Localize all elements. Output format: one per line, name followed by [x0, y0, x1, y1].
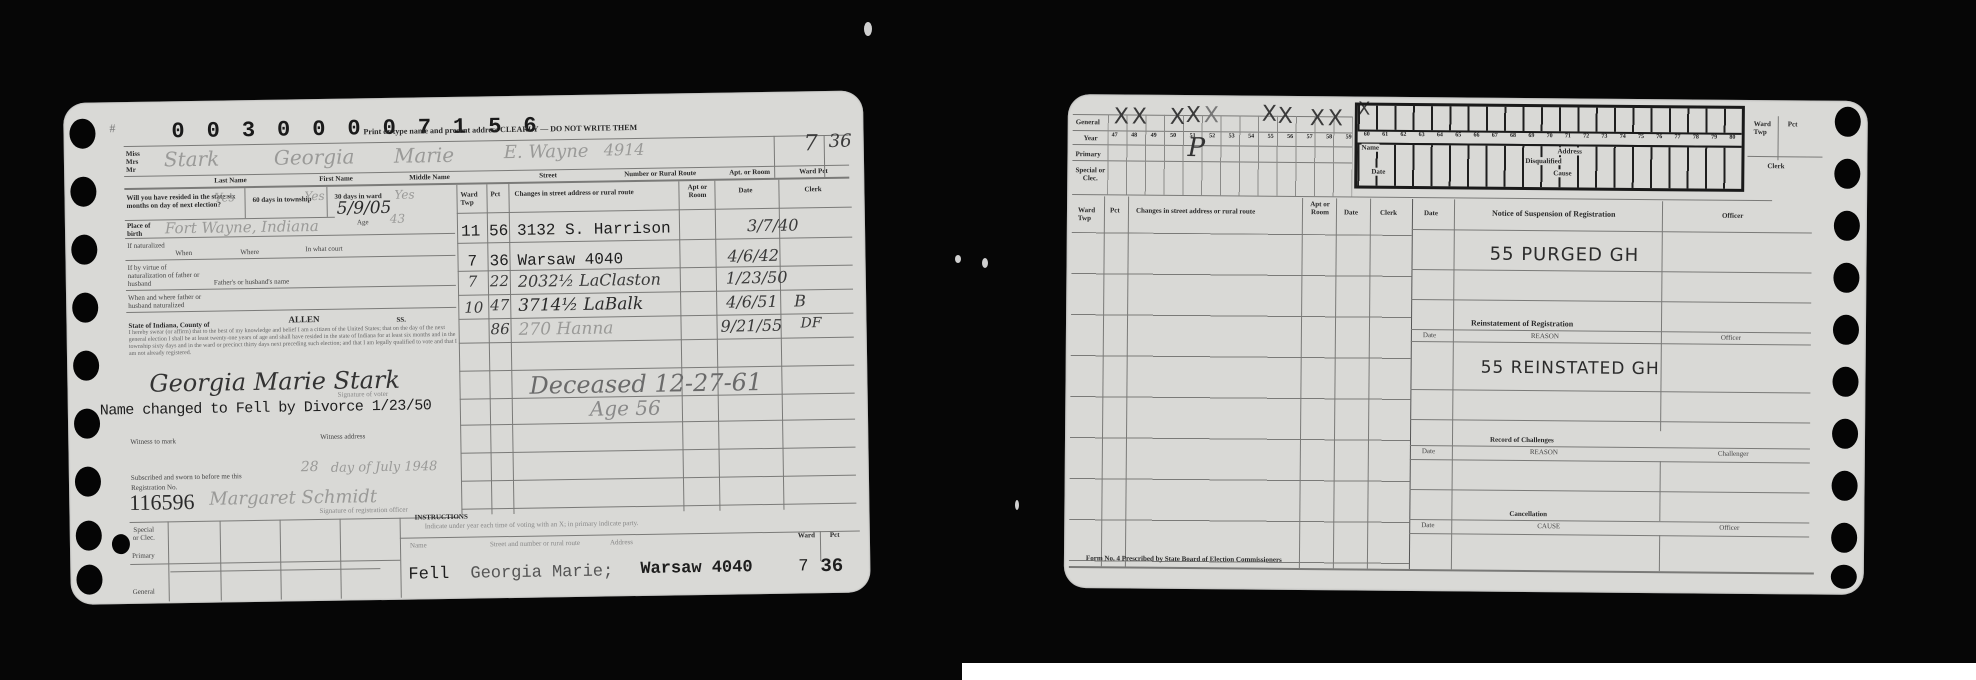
- form-footer: Form No. 4 Prescribed by State Board of …: [1086, 554, 1282, 564]
- oath-ss: SS.: [396, 316, 406, 324]
- primary-label: Primary: [132, 552, 155, 560]
- grid-pct-label: Pct: [1788, 120, 1798, 128]
- row-label-year: Year: [1084, 134, 1098, 142]
- punch-hole: [75, 466, 101, 496]
- year-cell: 64: [1437, 132, 1443, 143]
- row1-pct: 56: [489, 222, 508, 240]
- row3-address: 2032½ LaClaston: [518, 270, 661, 291]
- last-name-label: Last Name: [214, 176, 247, 185]
- punch-hole: [1833, 263, 1859, 293]
- bottom-address: Warsaw 4040: [640, 558, 753, 579]
- apt-label: Apt. or Room: [729, 168, 770, 177]
- bottom-last-name: Fell: [408, 565, 449, 585]
- punch-hole: [72, 292, 98, 322]
- rule: [1409, 519, 1809, 523]
- rule: [461, 447, 856, 454]
- back-table-rows: [1069, 232, 1412, 565]
- suspension-col-date: Date: [1424, 209, 1438, 217]
- cancellation-col-officer: Officer: [1719, 524, 1739, 532]
- punch-hole-small: [112, 534, 130, 554]
- general-label: General: [133, 588, 155, 596]
- title-mrs: Mrs: [126, 158, 139, 166]
- year-cell: 61: [1382, 132, 1388, 143]
- township-answer: Yes: [304, 189, 324, 203]
- scan-artifact: [955, 255, 961, 263]
- year-cell: 79: [1711, 135, 1717, 146]
- ward-value: 7: [804, 131, 818, 156]
- back-address-changes-table: Ward Twp Pct Changes in street address o…: [1069, 196, 1822, 583]
- corner-mark: #: [109, 124, 115, 132]
- vote-mark-x: X: [1328, 106, 1343, 131]
- year-cell: 75: [1638, 134, 1644, 145]
- year-cell: 80: [1729, 135, 1735, 146]
- back-col-apt: Apt or Room: [1306, 200, 1334, 216]
- rule: [1411, 341, 1811, 345]
- rule: [457, 207, 852, 214]
- year-cell: 77: [1674, 134, 1680, 145]
- row5-pct: 86: [490, 320, 509, 338]
- subscribed-label: Subscribed and sworn to before me this: [131, 472, 242, 482]
- year-cell: 70: [1547, 133, 1553, 144]
- year-cell: 66: [1473, 133, 1479, 144]
- street-label: Street: [539, 171, 557, 179]
- row2-pct: 36: [489, 252, 508, 270]
- cancellation-title: Cancellation: [1509, 510, 1547, 518]
- middle-name-label: Middle Name: [409, 173, 450, 182]
- title-miss: Miss: [126, 150, 140, 158]
- instr-col-address: Address: [610, 538, 633, 546]
- vote-mark-x: X: [1170, 105, 1185, 130]
- vote-mark-x: X: [1132, 105, 1147, 130]
- row3-ward: 7: [468, 273, 478, 291]
- year-cell: 65: [1455, 132, 1461, 143]
- punch-hole: [70, 176, 96, 206]
- reinstatement-col-reason: REASON: [1531, 332, 1559, 340]
- challenges-title: Record of Challenges: [1490, 436, 1554, 445]
- row2-date: 4/6/42: [727, 246, 779, 266]
- rule: [1069, 566, 1814, 575]
- row4-address: 3714½ LaBalk: [518, 294, 643, 316]
- col-clerk: Clerk: [804, 185, 821, 193]
- number-label: Number or Rural Route: [624, 169, 696, 178]
- rule: [1410, 445, 1810, 449]
- row1-address: 3132 S. Harrison: [517, 219, 671, 239]
- punch-hole: [1834, 159, 1860, 189]
- bottom-ward: 7: [798, 557, 809, 576]
- row4-date: 4/6/51: [726, 292, 778, 312]
- suspension-col-officer: Officer: [1722, 212, 1743, 220]
- vote-mark-x: X: [1262, 102, 1277, 127]
- row2-address: Warsaw 4040: [517, 250, 623, 270]
- grid-name-label: Name: [1362, 144, 1380, 152]
- rule: [1411, 269, 1811, 273]
- middle-name-value: Marie: [394, 143, 455, 168]
- row-label-special: Special or Clec.: [1075, 166, 1105, 182]
- naturalized-where: Where: [240, 248, 259, 256]
- street-value: E. Wayne: [504, 141, 589, 163]
- pct-value: 36: [829, 131, 852, 152]
- rule: [130, 560, 400, 565]
- birth-date: 5/9/05: [337, 198, 392, 219]
- punch-hole: [1833, 315, 1859, 345]
- bottom-pct: 36: [820, 555, 843, 577]
- rule: [220, 521, 222, 601]
- first-name-value: Georgia: [274, 144, 355, 169]
- year-cell: 76: [1656, 134, 1662, 145]
- rule: [1410, 459, 1810, 463]
- punch-hole: [1831, 471, 1857, 501]
- row1-date: 3/7/40: [747, 215, 799, 235]
- instr-col-name: Name: [410, 541, 427, 549]
- rule: [244, 188, 245, 218]
- instr-col-ward: Ward: [798, 531, 815, 539]
- punch-hole: [73, 350, 99, 380]
- rule: [1410, 489, 1810, 493]
- year-cell: 60: [1364, 132, 1370, 143]
- special-label: Special or Clec.: [132, 526, 156, 542]
- father-name-label: Father's or husband's name: [214, 277, 290, 286]
- challenges-col-challenger: Challenger: [1718, 450, 1749, 458]
- rule: [1412, 229, 1812, 233]
- col-ward-twp: Ward Twp: [460, 190, 484, 206]
- rule: [824, 135, 826, 177]
- row5-date: 9/21/55: [720, 316, 782, 336]
- number-value: 4914: [604, 140, 645, 160]
- year-cell: 68: [1510, 133, 1516, 144]
- serial-digit: 0: [206, 119, 220, 144]
- subscribed-month-year: day of July 1948: [331, 459, 438, 476]
- oath-county: ALLEN: [288, 315, 319, 323]
- back-col-pct: Pct: [1110, 206, 1120, 214]
- registration-number: 116596: [129, 489, 195, 516]
- registrar-label: Signature of registration officer: [319, 506, 407, 515]
- bottom-first-middle: Georgia Marie;: [470, 562, 613, 583]
- reinstatement-col-date: Date: [1423, 331, 1436, 339]
- rule: [1411, 299, 1811, 303]
- punch-hole: [69, 118, 95, 148]
- punch-hole: [76, 520, 102, 550]
- rule: [1411, 329, 1811, 333]
- year-cell: 63: [1419, 132, 1425, 143]
- state-residence-answer: Yes: [214, 190, 234, 204]
- cancellation-col-date: Date: [1421, 521, 1434, 529]
- registration-card-front: # 0 0 3 0 0 0 0 7 1 5 6 Print or type na…: [63, 90, 871, 605]
- serial-digit: 0: [347, 116, 361, 141]
- punch-hole: [74, 408, 100, 438]
- age-value: 43: [390, 212, 405, 226]
- year-cell: 62: [1400, 132, 1406, 143]
- row-label-general: General: [1076, 118, 1100, 126]
- year-cell: 69: [1528, 133, 1534, 144]
- rule: [508, 184, 514, 514]
- serial-digit: 0: [171, 119, 185, 144]
- address-changes-table: Ward Twp Pct Changes in street address o…: [456, 179, 856, 515]
- scan-artifact: [982, 258, 988, 268]
- row5-address: 270 Hanna: [518, 318, 613, 339]
- punch-hole: [71, 234, 97, 264]
- row5-clerk: DF: [800, 315, 821, 331]
- rule: [1747, 156, 1822, 158]
- reinstatement-title: Reinstatement of Registration: [1471, 320, 1573, 329]
- place-of-birth-value: Fort Wayne, Indiana: [165, 217, 319, 237]
- year-cell: 78: [1693, 134, 1699, 145]
- rule: [1659, 535, 1660, 571]
- grid-date-label: Date: [1371, 168, 1385, 176]
- vote-grid-right: 60 61 62 63 64 65 66 67 68 69 70 71 72 7…: [1354, 103, 1745, 192]
- place-of-birth-label: Place of birth: [127, 222, 157, 238]
- grid-ward-label: Ward Twp: [1754, 120, 1774, 136]
- instructions-title: INSTRUCTIONS: [414, 513, 467, 522]
- punch-hole: [1831, 565, 1857, 589]
- row4-clerk: B: [794, 291, 806, 310]
- rule: [1409, 533, 1809, 537]
- col-apt: Apt or Room: [684, 183, 710, 199]
- punch-hole: [76, 564, 102, 594]
- col-pct: Pct: [490, 190, 500, 198]
- back-col-clerk: Clerk: [1380, 209, 1397, 217]
- rule: [461, 475, 856, 482]
- rule: [1410, 389, 1810, 393]
- white-bar: [962, 663, 1976, 680]
- last-name-value: Stark: [164, 147, 220, 172]
- rule: [400, 518, 402, 598]
- punch-hole: [1834, 211, 1860, 241]
- scan-artifact: [864, 22, 872, 36]
- subscribed-day: 28: [301, 459, 319, 475]
- challenges-col-date: Date: [1422, 447, 1435, 455]
- punch-hole: [1832, 367, 1858, 397]
- primary-mark-p: P: [1187, 133, 1205, 163]
- rule: [1451, 199, 1455, 569]
- col-changes: Changes in street address or rural route: [514, 188, 633, 198]
- year-cell: 73: [1601, 134, 1607, 145]
- reinstatement-entry: 55 REINSTATED GH: [1481, 358, 1660, 380]
- age-note: Age 56: [590, 396, 661, 421]
- row1-ward: 11: [461, 222, 480, 240]
- serial-digit: 0: [312, 117, 326, 142]
- suspension-col-notice: Notice of Suspension of Registration: [1492, 210, 1616, 219]
- serial-digit: 3: [242, 118, 256, 143]
- instr-col-street: Street and number or rural route: [490, 539, 580, 548]
- age-label: Age: [357, 218, 369, 226]
- naturalized-label: If naturalized: [127, 241, 172, 250]
- cancellation-col-cause: CAUSE: [1537, 522, 1560, 530]
- grid-clerk-label: Clerk: [1767, 162, 1784, 170]
- father-naturalization-label: If by virtue of naturalization of father…: [128, 263, 203, 288]
- witness-label: Witness to mark: [130, 437, 176, 446]
- punch-hole: [1832, 419, 1858, 449]
- year-cell: 67: [1492, 133, 1498, 144]
- registration-card-back: General Year Primary Special or Clec. 47…: [1064, 94, 1868, 595]
- witness-address-label: Witness address: [320, 432, 365, 441]
- rule: [774, 136, 776, 178]
- scan-artifact: [1015, 500, 1019, 510]
- title-mr: Mr: [126, 166, 136, 174]
- grid-disqualified-label: Disqualified: [1525, 157, 1561, 165]
- vote-mark-x: X: [1186, 103, 1201, 128]
- rule: [280, 520, 282, 600]
- vote-mark-x: X: [1310, 106, 1325, 131]
- year-cell: 74: [1620, 134, 1626, 145]
- back-col-date: Date: [1344, 208, 1358, 216]
- rule: [461, 503, 856, 510]
- vote-mark-x: X: [1114, 104, 1129, 129]
- vote-mark-x: X: [1278, 104, 1293, 129]
- row2-ward: 7: [467, 253, 477, 271]
- punch-hole: [1831, 523, 1857, 553]
- serial-digit: 0: [277, 117, 291, 142]
- rule: [1660, 201, 1663, 431]
- punch-hole: [1835, 107, 1861, 137]
- row3-pct: 22: [490, 272, 509, 290]
- row4-ward: 10: [464, 298, 483, 316]
- ward-answer: Yes: [394, 187, 414, 201]
- vote-mark-x: X: [1204, 103, 1219, 128]
- oath-text: I hereby swear (or affirm) that to the b…: [129, 325, 459, 358]
- naturalized-when: When: [175, 249, 192, 257]
- naturalized-court: In what court: [305, 245, 342, 254]
- challenges-col-reason: REASON: [1530, 448, 1558, 456]
- rule: [714, 181, 720, 511]
- name-change-note: Name changed to Fell by Divorce 1/23/50: [100, 397, 432, 419]
- year-cell: 72: [1583, 133, 1589, 144]
- grid-address-label: Address: [1557, 147, 1581, 155]
- rule: [326, 187, 327, 217]
- reinstatement-col-officer: Officer: [1721, 334, 1741, 342]
- rule: [1777, 116, 1778, 160]
- rule: [1410, 419, 1810, 423]
- back-col-ward: Ward Twp: [1078, 206, 1100, 222]
- suspension-entry: 55 PURGED GH: [1490, 244, 1640, 266]
- row-label-primary: Primary: [1075, 150, 1100, 158]
- first-name-label: First Name: [319, 174, 353, 183]
- grid-cause-label: Cause: [1553, 169, 1571, 177]
- instr-col-pct: Pct: [830, 531, 840, 539]
- year-cell: 71: [1565, 133, 1571, 144]
- rule: [130, 517, 460, 523]
- back-col-changes: Changes in street address or rural route: [1136, 207, 1255, 216]
- rule: [340, 519, 342, 599]
- rule: [678, 181, 684, 511]
- row4-pct: 47: [490, 296, 509, 314]
- col-date: Date: [738, 186, 752, 194]
- rule: [168, 521, 170, 601]
- rule: [170, 568, 380, 572]
- when-where-label: When and where father or husband natural…: [128, 293, 213, 310]
- row3-date: 1/23/50: [726, 268, 788, 288]
